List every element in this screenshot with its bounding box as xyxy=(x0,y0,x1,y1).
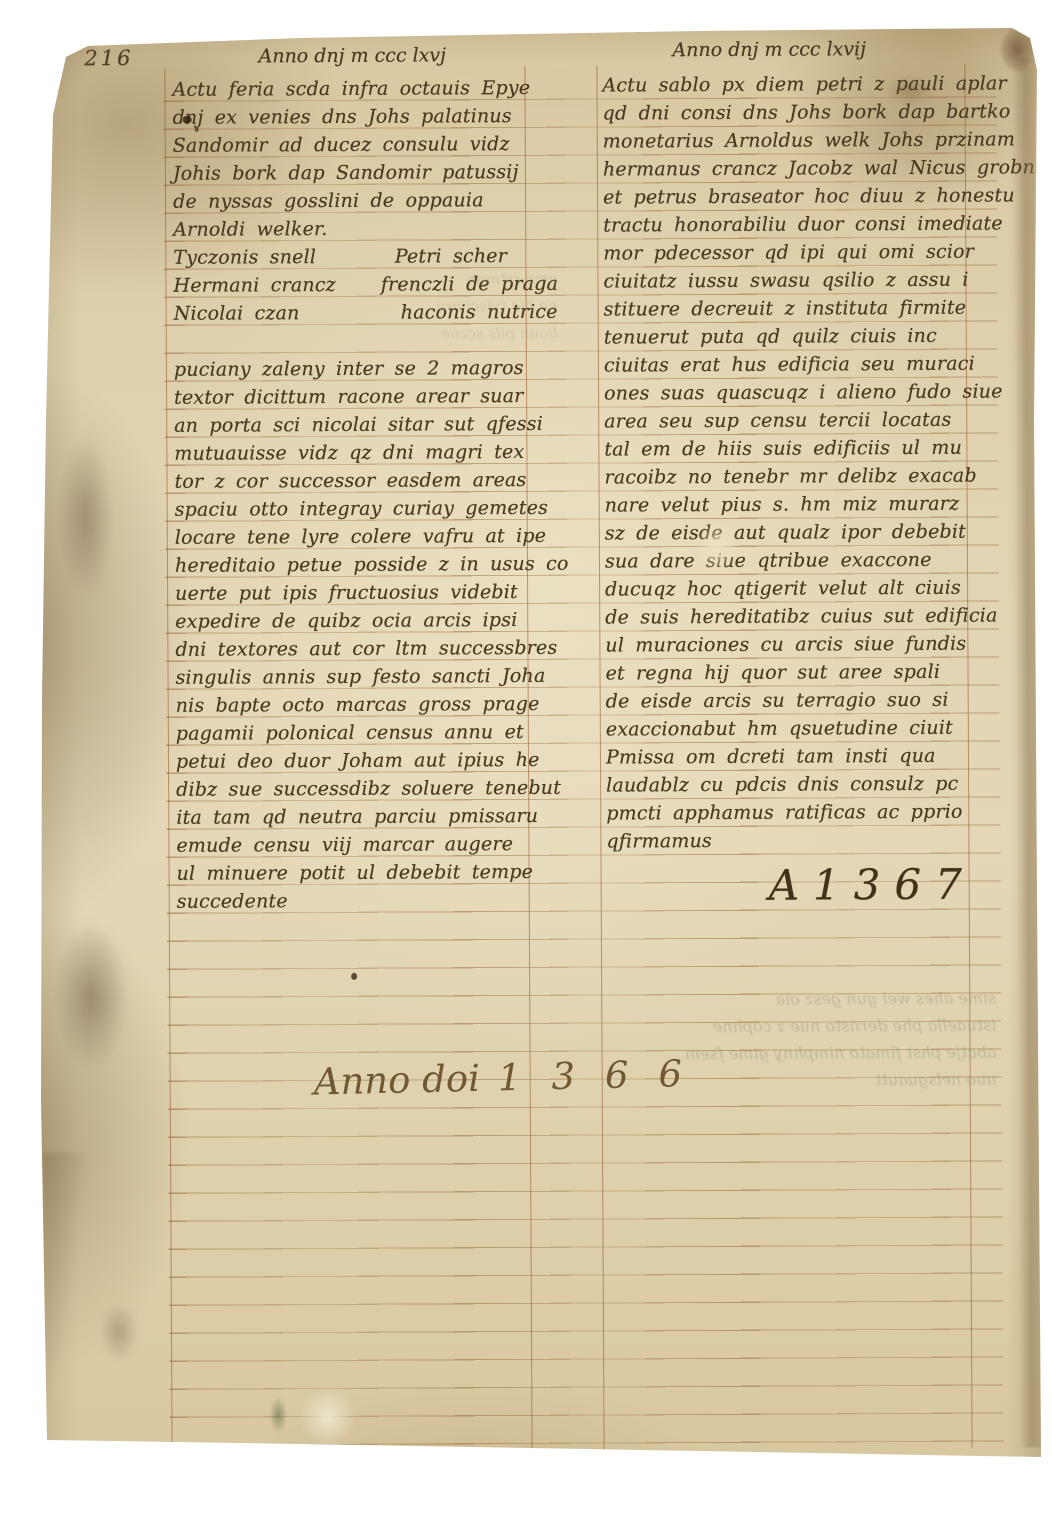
manuscript-line: mor pdecessor qd ipi qui omi scior xyxy=(603,237,999,267)
green-stain-bottom xyxy=(269,1397,287,1433)
manuscript-line: hermanus crancz Jacobz wal Nicus grobnik xyxy=(603,153,999,183)
manuscript-line: ita tam qd neutra parciu pmissaru xyxy=(176,802,540,832)
page-edge-right-shading xyxy=(1012,57,1041,1447)
manuscript-line: uerte put ipis fructuosius videbit xyxy=(175,578,539,608)
manuscript-line: de suis hereditatibz cuius sut edificia xyxy=(605,601,1001,631)
year-mark-1367: A1367 xyxy=(769,860,976,910)
manuscript-line: Sandomir ad ducez consulu vidz xyxy=(173,130,537,160)
manuscript-line: tal em de hiis suis edificiis ul mu xyxy=(604,433,1000,463)
manuscript-line: succedente xyxy=(177,886,541,916)
manuscript-line: locare tene lyre colere vafru at ipe xyxy=(175,522,539,552)
left-column-header: Anno dnj m ccc lxvj xyxy=(174,44,530,68)
showthrough-line: istuaella phe dernsto nue z cophne xyxy=(616,1012,996,1041)
manuscript-line: an porta sci nicolai sitar sut qfessi xyxy=(174,410,538,440)
manuscript-line: Pmissa om dcreti tam insti qua xyxy=(606,741,1002,771)
showthrough-line: sime ahes wel gun gesz oia xyxy=(616,985,996,1014)
manuscript-line: sua dare siue qtribue exaccone xyxy=(605,545,1001,575)
showthrough-line: ne me tyisci ora xyxy=(308,293,558,321)
manuscript-line: emude censu viij marcar augere xyxy=(176,830,540,860)
manuscript-line: tor z cor successor easdem areas xyxy=(174,466,538,496)
manuscript-line: textor dicittum racone arear suar xyxy=(174,382,538,412)
manuscript-line: area seu sup censu tercii locatas xyxy=(604,405,1000,435)
manuscript-line: nis bapte octo marcas gross prage xyxy=(176,690,540,720)
smudge-top-right xyxy=(884,76,936,106)
manuscript-line: nare velut pius s. hm miz murarz xyxy=(605,489,1001,519)
manuscript-line: et petrus braseator hoc diuu z honestu xyxy=(603,181,999,211)
manuscript-line: ones suas quascuqz i alieno fudo siue xyxy=(604,377,1000,407)
manuscript-line: qd dni consi dns Johs bork dap bartko xyxy=(603,97,999,127)
page-content: 216 Anno dnj m ccc lxvj Anno dnj m ccc l… xyxy=(0,0,1052,1539)
right-column-header: Anno dnj m ccc lxvij xyxy=(604,38,934,62)
manuscript-line: exaccionabut hm qsuetudine ciuit xyxy=(606,713,1002,743)
stain-left-edge-lower xyxy=(53,922,130,1072)
manuscript-line: et regna hij quor sut aree spali xyxy=(605,657,1001,687)
manuscript-line: pmcti apphamus ratificas ac pprio xyxy=(606,797,1002,827)
manuscript-line: laudablz cu pdcis dnis consulz pc xyxy=(606,769,1002,799)
year-mark-digits: 1367 xyxy=(813,860,976,910)
left-column-text: Actu feria scda infra octauis Epyednj ex… xyxy=(172,74,540,916)
manuscript-line: dibz sue successdibz soluere tenebut xyxy=(176,774,540,804)
manuscript-line: singulis annis sup festo sancti Joha xyxy=(175,662,539,692)
manuscript-line: dni textores aut cor ltm successbres xyxy=(175,634,539,664)
stain-left-edge-upper xyxy=(56,432,115,602)
manuscript-line: ul muraciones cu arcis siue fundis xyxy=(605,629,1001,659)
manuscript-line: dnj ex venies dns Johs palatinus xyxy=(173,102,537,132)
manuscript-line: petui deo duor Joham aut ipius he xyxy=(176,746,540,776)
showthrough-right: sime ahes wel gun gesz oiaistuaella phe … xyxy=(616,928,997,1095)
manuscript-line: Actu feria scda infra octauis Epye xyxy=(172,74,536,104)
manuscript-line: racoibz no tenebr mr delibz exacab xyxy=(604,461,1000,491)
ink-speck-top-left xyxy=(195,128,199,132)
manuscript-line: mutuauisse vidz qz dni magri tex xyxy=(174,438,538,468)
manuscript-line: puciany zaleny inter se 2 magros xyxy=(174,354,538,384)
showthrough-line: baun pils sczne xyxy=(308,320,558,348)
right-column-text: Actu sablo px diem petri z pauli aplarqd… xyxy=(602,69,1002,855)
ink-spot-top-left xyxy=(183,116,192,124)
manuscript-line: ciuitas erat hus edificia seu muraci xyxy=(604,349,1000,379)
manuscript-page: 216 Anno dnj m ccc lxvj Anno dnj m ccc l… xyxy=(0,0,1052,1539)
manuscript-line: expedire de quibz ocia arcis ipsi xyxy=(175,606,539,636)
manuscript-line: ul minuere potit ul debebit tempe xyxy=(177,858,541,888)
showthrough-left: ema rrtmonne me tyisci orabaun pils sczn… xyxy=(307,212,558,348)
showthrough-line: ema rrtmon xyxy=(307,266,557,294)
repair-patch-bottom xyxy=(301,1389,353,1445)
manuscript-line: sz de eisde aut qualz ipor debebit xyxy=(605,517,1001,547)
manuscript-line: hereditaio petue posside z in usus co xyxy=(175,550,539,580)
manuscript-line: pagamii polonical census annu et xyxy=(176,718,540,748)
photo-background: 216 Anno dnj m ccc lxvj Anno dnj m ccc l… xyxy=(0,0,1052,1539)
scraped-patch-right-col xyxy=(697,523,737,573)
year-note-label: Anno doi xyxy=(313,1057,480,1104)
manuscript-line: ducuqz hoc qtigerit velut alt ciuis xyxy=(605,573,1001,603)
manuscript-line: spaciu otto integray curiay gemetes xyxy=(175,494,539,524)
manuscript-line: tractu honorabiliu duor consi imediate xyxy=(603,209,999,239)
manuscript-line: de eisde arcis su terragio suo si xyxy=(606,685,1002,715)
year-mark-label: A xyxy=(769,861,800,910)
manuscript-line: stituere decreuit z instituta firmite xyxy=(604,293,1000,323)
manuscript-line: ciuitatz iussu swasu qsilio z assu i xyxy=(603,265,999,295)
fold-bottom-left xyxy=(42,1152,90,1452)
manuscript-line: monetarius Arnoldus welk Johs przinam xyxy=(603,125,999,155)
showthrough-line: uuo nelsguautt xyxy=(617,1066,997,1095)
manuscript-line: Johis bork dap Sandomir patussij xyxy=(173,158,537,188)
manuscript-line: qfirmamus xyxy=(606,825,1002,855)
fold-top-left-corner xyxy=(48,42,98,112)
showthrough-line: abatje phst fimato nimphny gime fsem xyxy=(616,1039,996,1068)
manuscript-line: tenuerut puta qd quilz ciuis inc xyxy=(604,321,1000,351)
ink-speck-mid xyxy=(351,973,357,980)
manuscript-line: Actu sablo px diem petri z pauli aplar xyxy=(602,69,998,99)
stain-left-bottom xyxy=(99,1302,139,1362)
